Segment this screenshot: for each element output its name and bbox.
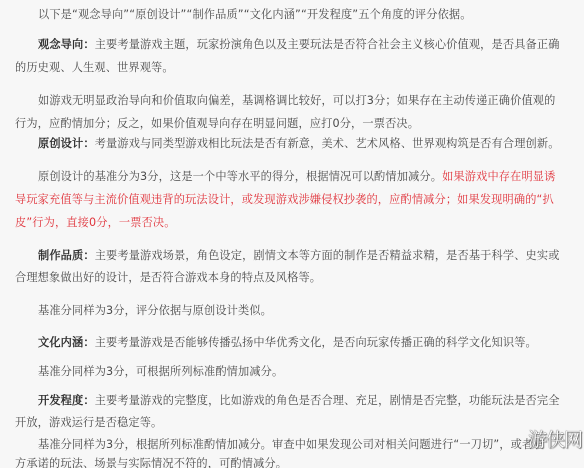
section-title-culture: 文化内涵：: [38, 336, 95, 349]
section-concept-score-cont: 行为，应酌情加分；反之，如果价值观导向存在明显问题，应打0分，一票否决。: [15, 116, 419, 132]
section-quality-desc: 制作品质：主要考量游戏场景，角色设定，剧情文本等方面的制作是否精益求精，是否基于…: [38, 248, 560, 264]
section-culture-desc: 文化内涵：主要考量游戏是否能够传播弘扬中华优秀文化，是否向玩家传播正确的科学文化…: [38, 335, 537, 351]
section-title-dev: 开发程度：: [38, 394, 95, 407]
warning-text: 如果游戏中存在明显诱: [442, 170, 555, 183]
watermark-logo: 游侠网: [528, 425, 582, 452]
section-title-quality: 制作品质：: [38, 249, 95, 262]
intro-paragraph: 以下是“观念导向”“原创设计”“制作品质”“文化内涵”“开发程度”五个角度的评分…: [38, 7, 472, 23]
section-concept-desc: 观念导向：主要考量游戏主题，玩家扮演角色以及主要玩法是否符合社会主义核心价值观，…: [38, 37, 560, 53]
section-dev-score: 基准分同样为3分，根据所列标准酌情加减分。审查中如果发现公司对相关问题进行“一刀…: [38, 437, 545, 453]
warning-text-cont2: 皮”行为，直接0分，一票否决。: [15, 215, 176, 231]
section-original-desc: 原创设计：考量游戏与同类型游戏相比玩法是否有新意，美术、艺术风格、世界观构筑是否…: [38, 136, 560, 152]
section-concept-desc-cont: 的历史观、人生观、世界观等。: [15, 60, 174, 76]
section-dev-desc: 开发程度：主要考量游戏的完整度，比如游戏的角色是否合理、充足，剧情是否完整，功能…: [38, 393, 560, 409]
section-dev-desc-cont: 开放，游戏运行是否稳定等。: [15, 415, 162, 431]
section-title-original: 原创设计：: [38, 137, 95, 150]
section-quality-desc-cont: 合理想象做出好的设计，是否符合游戏本身的特点及风格等。: [15, 270, 321, 286]
section-concept-score: 如游戏无明显政治导向和价值取向偏差，基调格调比较好，可以打3分；如果存在主动传递…: [38, 93, 555, 109]
section-original-score: 原创设计的基准分为3分，这是一个中等水平的得分，根据情况可以酌情加减分。如果游戏…: [38, 169, 555, 185]
section-quality-score: 基准分同样为3分，评分依据与原创设计类似。: [38, 303, 272, 319]
warning-text-cont: 导玩家充值等与主流价值观违背的玩法设计，或发现游戏涉嫌侵权抄袭的，应酌情减分；如…: [15, 192, 554, 208]
section-title-concept: 观念导向：: [38, 38, 95, 51]
section-culture-score: 基准分同样为3分，可根据所列标准酌情加减分。: [38, 364, 283, 380]
section-dev-score-cont: 方承诺的玩法、场景与实际情况不符的，可酌情减分。: [15, 456, 287, 468]
